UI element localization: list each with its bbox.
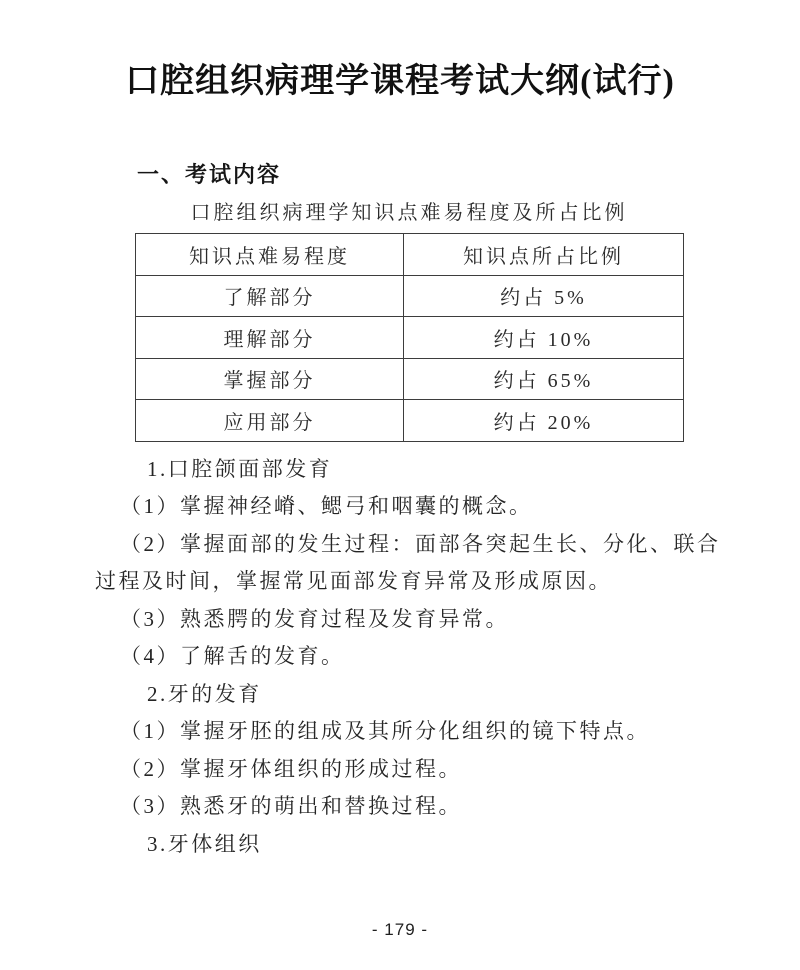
table-row: 理解部分 约占 10% [136, 317, 684, 359]
page-number: - 179 - [0, 920, 800, 940]
cell-difficulty-level: 了解部分 [136, 275, 404, 317]
list-item-2: 2.牙的发育 [95, 676, 800, 714]
syllabus-content: 1.口腔颌面部发育 （1）掌握神经嵴、鳃弓和咽囊的概念。 （2）掌握面部的发生过… [0, 451, 800, 864]
list-subitem-continuation: 过程及时间，掌握常见面部发育异常及形成原因。 [95, 563, 800, 601]
document-page: 口腔组织病理学课程考试大纲(试行) 一、考试内容 口腔组织病理学知识点难易程度及… [0, 0, 800, 970]
cell-difficulty-level: 应用部分 [136, 400, 404, 442]
cell-proportion-value: 约占 20% [404, 400, 684, 442]
list-item-1: 1.口腔颌面部发育 [95, 451, 800, 489]
list-subitem: （1）掌握牙胚的组成及其所分化组织的镜下特点。 [95, 713, 800, 751]
cell-proportion-value: 约占 10% [404, 317, 684, 359]
table-header-row: 知识点难易程度 知识点所占比例 [136, 234, 684, 276]
document-title: 口腔组织病理学课程考试大纲(试行) [0, 0, 800, 106]
list-subitem: （3）熟悉牙的萌出和替换过程。 [95, 788, 800, 826]
list-subitem: （4）了解舌的发育。 [95, 638, 800, 676]
difficulty-proportion-table: 知识点难易程度 知识点所占比例 了解部分 约占 5% 理解部分 约占 10% 掌… [135, 233, 684, 442]
cell-difficulty-level: 掌握部分 [136, 358, 404, 400]
list-subitem: （1）掌握神经嵴、鳃弓和咽囊的概念。 [95, 488, 800, 526]
table-row: 应用部分 约占 20% [136, 400, 684, 442]
section-heading: 一、考试内容 [137, 160, 800, 190]
column-header-proportion: 知识点所占比例 [404, 234, 684, 276]
table-row: 掌握部分 约占 65% [136, 358, 684, 400]
list-subitem: （2）掌握牙体组织的形成过程。 [95, 751, 800, 789]
cell-proportion-value: 约占 5% [404, 275, 684, 317]
table-row: 了解部分 约占 5% [136, 275, 684, 317]
cell-difficulty-level: 理解部分 [136, 317, 404, 359]
column-header-difficulty: 知识点难易程度 [136, 234, 404, 276]
cell-proportion-value: 约占 65% [404, 358, 684, 400]
table-caption: 口腔组织病理学知识点难易程度及所占比例 [135, 199, 683, 227]
list-item-3: 3.牙体组织 [95, 826, 800, 864]
list-subitem: （2）掌握面部的发生过程：面部各突起生长、分化、联合 [95, 526, 800, 564]
list-subitem: （3）熟悉腭的发育过程及发育异常。 [95, 601, 800, 639]
